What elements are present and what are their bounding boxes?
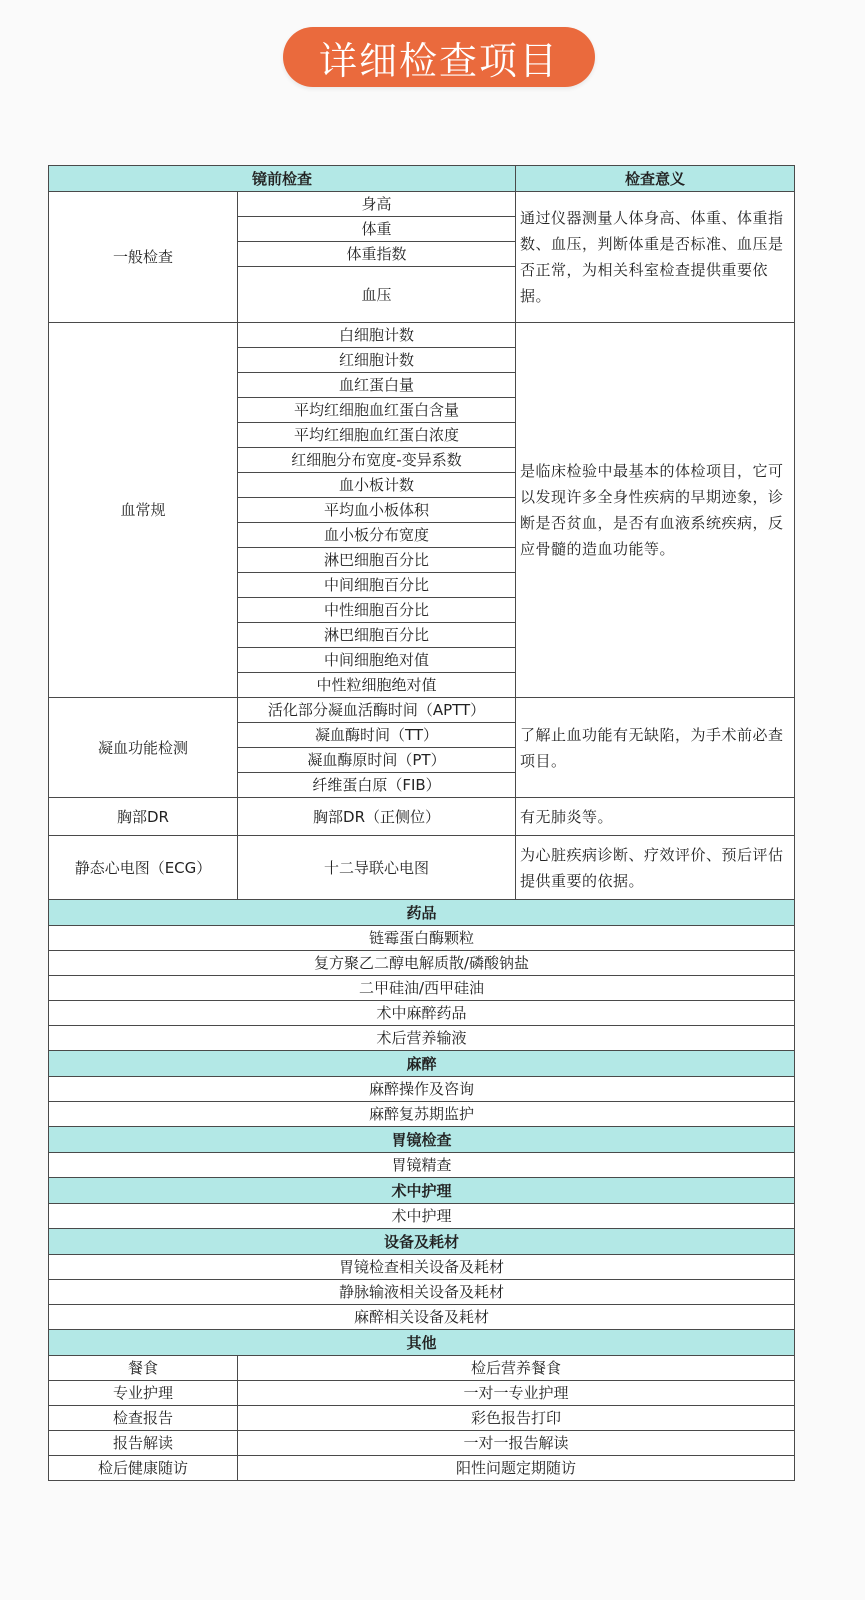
item-cell: 体重指数 [238, 242, 516, 267]
group-meaning-coagulation: 了解止血功能有无缺陷，为手术前必查项目。 [516, 698, 795, 798]
anesthesia-header-row: 麻醉 [49, 1051, 795, 1077]
item-cell: 淋巴细胞百分比 [238, 623, 516, 648]
section-header-gastroscopy: 胃镜检查 [49, 1127, 795, 1153]
others-name: 报告解读 [49, 1431, 238, 1456]
table-row: 凝血功能检测 活化部分凝血活酶时间（APTT） 了解止血功能有无缺陷，为手术前必… [49, 698, 795, 723]
gastroscopy-header-row: 胃镜检查 [49, 1127, 795, 1153]
table-row: 专业护理 一对一专业护理 [49, 1381, 795, 1406]
item-cell: 活化部分凝血活酶时间（APTT） [238, 698, 516, 723]
others-name: 检查报告 [49, 1406, 238, 1431]
item-cell: 白细胞计数 [238, 323, 516, 348]
gastroscopy-item: 胃镜精查 [49, 1153, 795, 1178]
others-header-row: 其他 [49, 1330, 795, 1356]
item-cell: 平均红细胞血红蛋白浓度 [238, 423, 516, 448]
group-meaning-chest-dr: 有无肺炎等。 [516, 798, 795, 836]
table-row: 一般检查 身高 通过仪器测量人体身高、体重、体重指数、血压，判断体重是否标准、血… [49, 192, 795, 217]
item-cell: 血小板分布宽度 [238, 523, 516, 548]
item-cell: 平均红细胞血红蛋白含量 [238, 398, 516, 423]
medicine-header-row: 药品 [49, 900, 795, 926]
group-meaning-general: 通过仪器测量人体身高、体重、体重指数、血压，判断体重是否标准、血压是否正常，为相… [516, 192, 795, 323]
others-value: 检后营养餐食 [238, 1356, 795, 1381]
group-name-ecg: 静态心电图（ECG） [49, 836, 238, 900]
section-header-pre-exam: 镜前检查 [49, 166, 516, 192]
section-header-intraop-care: 术中护理 [49, 1178, 795, 1204]
table-row: 链霉蛋白酶颗粒 [49, 926, 795, 951]
others-value: 一对一专业护理 [238, 1381, 795, 1406]
group-name-chest-dr: 胸部DR [49, 798, 238, 836]
others-value: 一对一报告解读 [238, 1431, 795, 1456]
table-row: 检查报告 彩色报告打印 [49, 1406, 795, 1431]
item-cell: 淋巴细胞百分比 [238, 548, 516, 573]
item-cell: 凝血酶时间（TT） [238, 723, 516, 748]
table-row: 术中麻醉药品 [49, 1001, 795, 1026]
item-cell: 身高 [238, 192, 516, 217]
table-row: 胸部DR 胸部DR（正侧位） 有无肺炎等。 [49, 798, 795, 836]
table-row: 术后营养输液 [49, 1026, 795, 1051]
item-cell: 中间细胞百分比 [238, 573, 516, 598]
exam-items-table: 镜前检查 检查意义 一般检查 身高 通过仪器测量人体身高、体重、体重指数、血压，… [48, 165, 795, 1481]
item-cell: 血红蛋白量 [238, 373, 516, 398]
item-cell: 凝血酶原时间（PT） [238, 748, 516, 773]
table-row: 血常规 白细胞计数 是临床检验中最基本的体检项目，它可以发现许多全身性疾病的早期… [49, 323, 795, 348]
table-row: 餐食 检后营养餐食 [49, 1356, 795, 1381]
medicine-item: 复方聚乙二醇电解质散/磷酸钠盐 [49, 951, 795, 976]
table-row: 报告解读 一对一报告解读 [49, 1431, 795, 1456]
item-cell: 红细胞计数 [238, 348, 516, 373]
intraop-care-item: 术中护理 [49, 1204, 795, 1229]
equipment-header-row: 设备及耗材 [49, 1229, 795, 1255]
equipment-item: 静脉输液相关设备及耗材 [49, 1280, 795, 1305]
item-cell: 平均血小板体积 [238, 498, 516, 523]
section-header-medicine: 药品 [49, 900, 795, 926]
page-title: 详细检查项目 [283, 27, 595, 87]
table-row: 麻醉相关设备及耗材 [49, 1305, 795, 1330]
group-meaning-blood-routine: 是临床检验中最基本的体检项目，它可以发现许多全身性疾病的早期迹象，诊断是否贫血，… [516, 323, 795, 698]
section-header-meaning: 检查意义 [516, 166, 795, 192]
group-name-blood-routine: 血常规 [49, 323, 238, 698]
medicine-item: 链霉蛋白酶颗粒 [49, 926, 795, 951]
others-name: 餐食 [49, 1356, 238, 1381]
item-cell: 中间细胞绝对值 [238, 648, 516, 673]
section-header-others: 其他 [49, 1330, 795, 1356]
others-value: 阳性问题定期随访 [238, 1456, 795, 1481]
intraop-care-header-row: 术中护理 [49, 1178, 795, 1204]
item-cell: 中性粒细胞绝对值 [238, 673, 516, 698]
table-row: 静态心电图（ECG） 十二导联心电图 为心脏疾病诊断、疗效评价、预后评估提供重要… [49, 836, 795, 900]
table-row: 麻醉复苏期监护 [49, 1102, 795, 1127]
item-cell: 血小板计数 [238, 473, 516, 498]
section-header-anesthesia: 麻醉 [49, 1051, 795, 1077]
table-row: 胃镜精查 [49, 1153, 795, 1178]
anesthesia-item: 麻醉复苏期监护 [49, 1102, 795, 1127]
others-name: 检后健康随访 [49, 1456, 238, 1481]
table-row: 术中护理 [49, 1204, 795, 1229]
table-row: 二甲硅油/西甲硅油 [49, 976, 795, 1001]
item-cell: 纤维蛋白原（FIB） [238, 773, 516, 798]
medicine-item: 术后营养输液 [49, 1026, 795, 1051]
medicine-item: 二甲硅油/西甲硅油 [49, 976, 795, 1001]
section-header-equipment: 设备及耗材 [49, 1229, 795, 1255]
equipment-item: 胃镜检查相关设备及耗材 [49, 1255, 795, 1280]
medicine-item: 术中麻醉药品 [49, 1001, 795, 1026]
table-row: 检后健康随访 阳性问题定期随访 [49, 1456, 795, 1481]
pre-exam-header-row: 镜前检查 检查意义 [49, 166, 795, 192]
equipment-item: 麻醉相关设备及耗材 [49, 1305, 795, 1330]
group-meaning-ecg: 为心脏疾病诊断、疗效评价、预后评估提供重要的依据。 [516, 836, 795, 900]
table-row: 静脉输液相关设备及耗材 [49, 1280, 795, 1305]
item-cell: 血压 [238, 267, 516, 323]
table-row: 麻醉操作及咨询 [49, 1077, 795, 1102]
anesthesia-item: 麻醉操作及咨询 [49, 1077, 795, 1102]
item-cell: 胸部DR（正侧位） [238, 798, 516, 836]
group-name-coagulation: 凝血功能检测 [49, 698, 238, 798]
others-name: 专业护理 [49, 1381, 238, 1406]
item-cell: 中性细胞百分比 [238, 598, 516, 623]
group-name-general: 一般检查 [49, 192, 238, 323]
item-cell: 十二导联心电图 [238, 836, 516, 900]
item-cell: 红细胞分布宽度-变异系数 [238, 448, 516, 473]
item-cell: 体重 [238, 217, 516, 242]
table-row: 复方聚乙二醇电解质散/磷酸钠盐 [49, 951, 795, 976]
others-value: 彩色报告打印 [238, 1406, 795, 1431]
table-row: 胃镜检查相关设备及耗材 [49, 1255, 795, 1280]
